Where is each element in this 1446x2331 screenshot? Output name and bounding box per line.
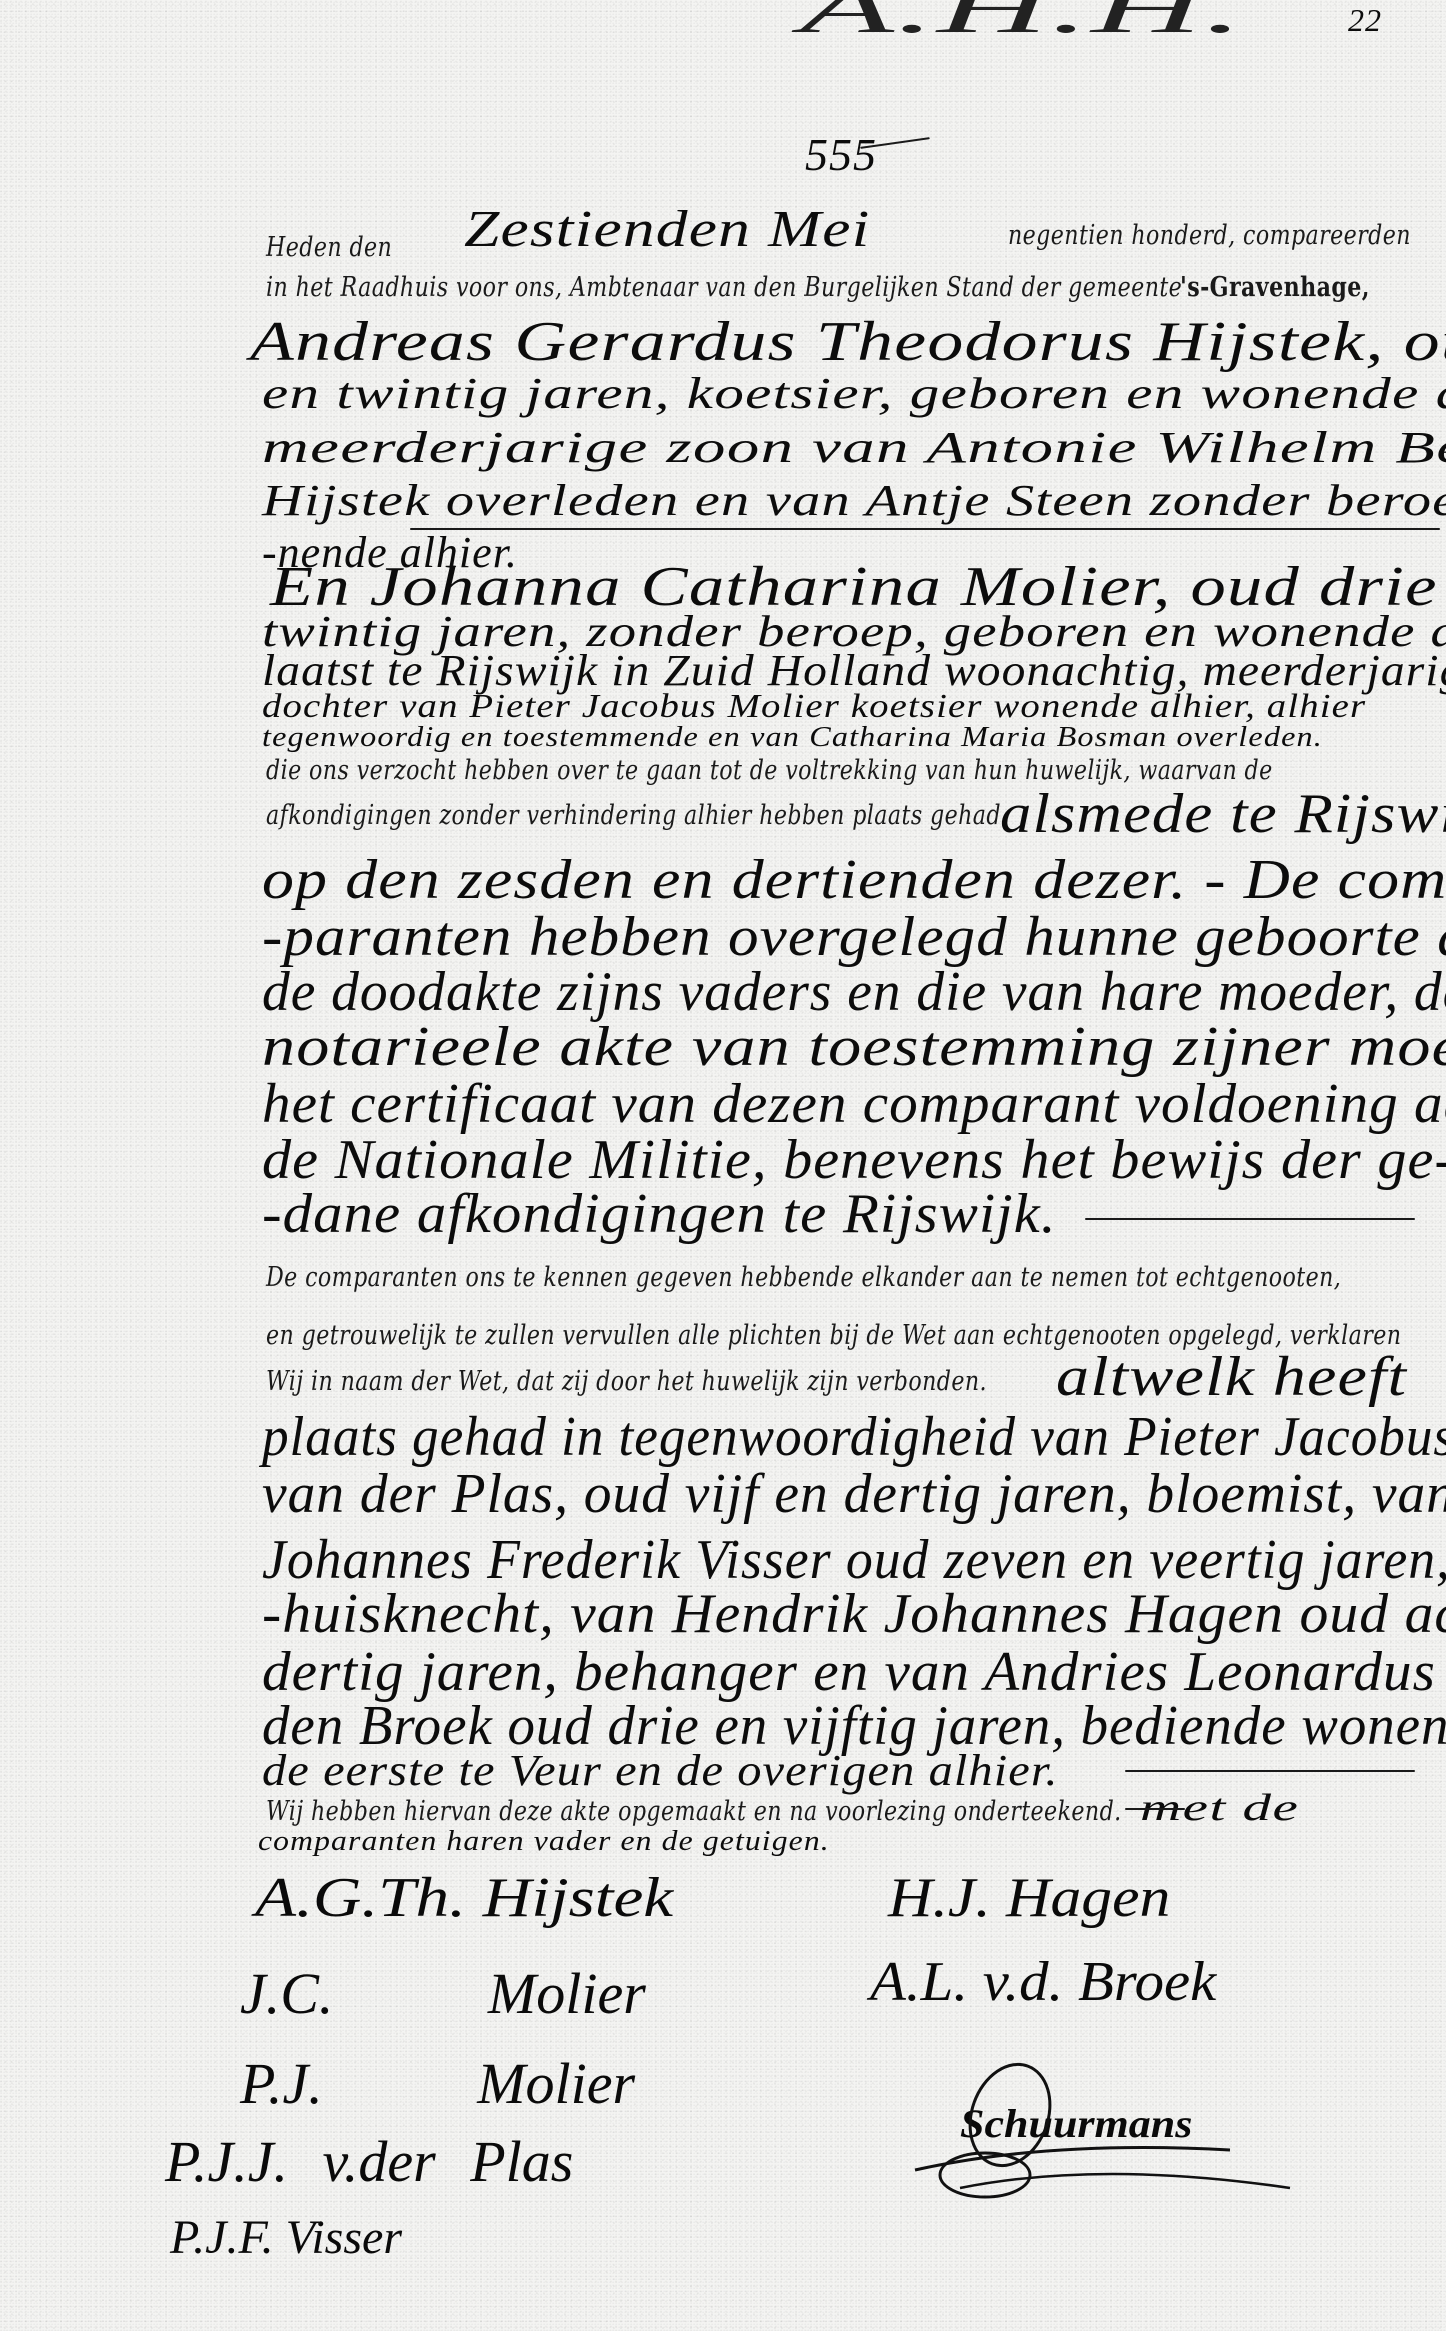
- top-scribble: A.H.H.: [800, 0, 1245, 50]
- handwritten-date: Zestienden Mei: [464, 200, 870, 259]
- line-25: plaats gehad in tegenwoordigheid van Pie…: [262, 1405, 1446, 1469]
- signature-witness-hagen: H.J. Hagen: [888, 1866, 1170, 1930]
- fill-line: [410, 528, 1440, 530]
- signature-witness-visser: P.J.F. Visser: [170, 2210, 402, 2265]
- line-28: -huisknecht, van Hendrik Johannes Hagen …: [262, 1582, 1446, 1646]
- printed-text: afkondigingen zonder verhindering alhier…: [266, 800, 1001, 831]
- line-24: Wij in naam der Wet, dat zij door het hu…: [266, 1366, 987, 1397]
- signature-witness-plas: P.J.J. v.der Plas: [165, 2128, 573, 2195]
- signature-bride: J.C. Molier: [240, 1960, 646, 2027]
- fill-line: [1125, 1770, 1415, 1772]
- printed-text: in het Raadhuis voor ons, Ambtenaar van …: [266, 272, 1182, 303]
- marriage-certificate-page: A.H.H. 22 555 Heden den Zestienden Mei n…: [0, 0, 1446, 2331]
- handwritten-place: alsmede te Rijswijk: [1000, 782, 1446, 846]
- line-1: Heden den Zestienden Mei: [266, 210, 917, 269]
- line-19: het certificaat van dezen comparant vold…: [262, 1072, 1446, 1136]
- signature-groom: A.G.Th. Hijstek: [255, 1866, 673, 1930]
- line-11: dochter van Pieter Jacobus Molier koetsi…: [262, 688, 1366, 726]
- official-signature-flourish: [900, 2060, 1300, 2200]
- line-1-end: negentien honderd, compareerden: [1008, 220, 1411, 251]
- line-22: De comparanten ons te kennen gegeven heb…: [266, 1262, 1341, 1293]
- handwritten-continuation: altwelk heeft: [1056, 1345, 1407, 1409]
- line-15: op den zesden en dertienden dezer. - De …: [262, 848, 1446, 912]
- act-number: 555: [805, 128, 877, 181]
- fill-line: [1125, 1808, 1185, 1810]
- municipality-name: 's-Gravenhage,: [1180, 272, 1370, 303]
- line-5: meerderjarige zoon van Antonie Wilhelm B…: [262, 422, 1446, 473]
- groom-line: Andreas Gerardus Theodorus Hijstek, oud …: [250, 310, 1446, 374]
- signature-father: P.J. Molier: [240, 2050, 635, 2117]
- page-number: 22: [1348, 2, 1382, 39]
- signature-witness-broek: A.L. v.d. Broek: [870, 1950, 1216, 2014]
- line-4: en twintig jaren, koetsier, geboren en w…: [262, 368, 1446, 419]
- line-18: notarieele akte van toestemming zijner m…: [262, 1015, 1446, 1079]
- printed-text: Heden den: [266, 232, 392, 263]
- line-31: de eerste te Veur en de overigen alhier.: [262, 1745, 1059, 1796]
- line-21: -dane afkondigingen te Rijswijk.: [262, 1182, 1057, 1246]
- line-33: comparanten haren vader en de getuigen.: [258, 1826, 830, 1858]
- line-6: Hijstek overleden en van Antje Steen zon…: [262, 475, 1446, 526]
- line-26: van der Plas, oud vijf en dertig jaren, …: [262, 1462, 1446, 1526]
- fill-line: [1085, 1218, 1415, 1220]
- line-32: Wij hebben hiervan deze akte opgemaakt e…: [266, 1796, 1122, 1827]
- line-12: tegenwoordig en toestemmende en van Cath…: [262, 722, 1323, 754]
